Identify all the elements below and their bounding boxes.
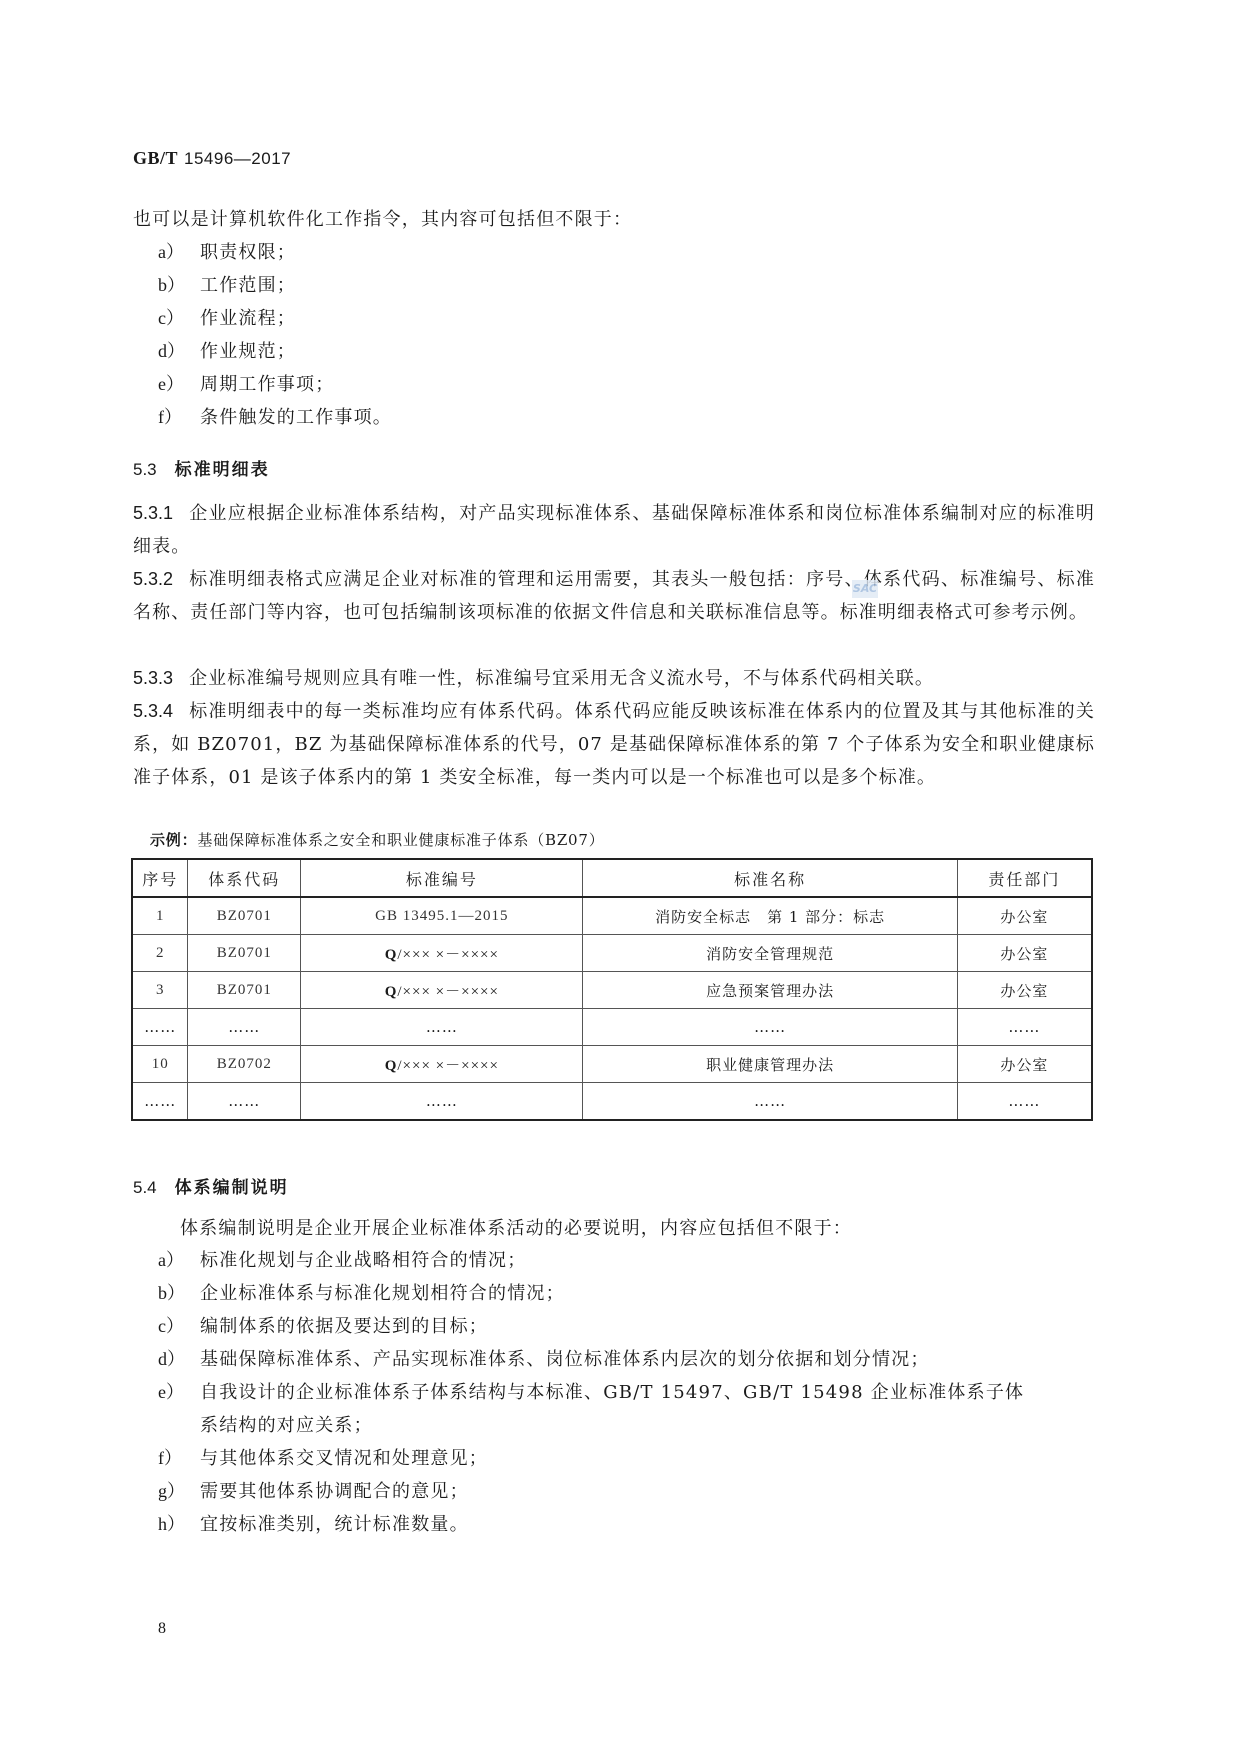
list-text: 需要其他体系协调配合的意见；	[200, 1481, 469, 1502]
intro-list-item: f）条件触发的工作事项。	[158, 401, 392, 434]
list-marker: c）	[158, 302, 200, 335]
list-text: 编制体系的依据及要达到的目标；	[200, 1316, 488, 1337]
cell-dept: 办公室	[957, 972, 1092, 1009]
list-text: 基础保障标准体系、产品实现标准体系、岗位标准体系内层次的划分依据和划分情况；	[200, 1349, 930, 1370]
cell-dept: 办公室	[957, 935, 1092, 972]
cell-seq: ……	[132, 1009, 188, 1046]
document-page: GB/T15496—2017 也可以是计算机软件化工作指令，其内容可包括但不限于…	[0, 0, 1241, 1754]
standard-prefix: GB/T	[133, 148, 178, 168]
list-marker: d）	[158, 1343, 200, 1376]
standard-header: GB/T15496—2017	[133, 148, 291, 169]
list-marker: g）	[158, 1475, 200, 1508]
cell-std-no: Q/××× ×－××××	[301, 1046, 583, 1083]
cell-std-no: GB 13495.1—2015	[301, 897, 583, 935]
cell-code: BZ0701	[188, 972, 301, 1009]
cell-name: 应急预案管理办法	[583, 972, 957, 1009]
clause-number: 5.3.2	[133, 569, 173, 589]
list-text: 标准化规划与企业战略相符合的情况；	[200, 1250, 526, 1271]
std-no-text: /××× ×－××××	[397, 984, 499, 1000]
cell-code: BZ0702	[188, 1046, 301, 1083]
section-number: 5.3	[133, 460, 157, 479]
intro-list-item: b）工作范围；	[158, 269, 296, 302]
clause-number: 5.3.4	[133, 701, 173, 721]
table-row-ellipsis: …… …… …… …… ……	[132, 1083, 1092, 1121]
cell-name: 消防安全标志 第 1 部分：标志	[583, 897, 957, 935]
cell-code: ……	[188, 1009, 301, 1046]
list-text: 与其他体系交叉情况和处理意见；	[200, 1448, 488, 1469]
section-5-4-list-item-continuation: 系结构的对应关系；	[200, 1409, 373, 1442]
list-marker: h）	[158, 1508, 200, 1541]
list-marker: a）	[158, 236, 200, 269]
section-5-4-list-item: f）与其他体系交叉情况和处理意见；	[158, 1442, 488, 1475]
clause-text: 标准明细表中的每一类标准均应有体系代码。体系代码应能反映该标准在体系内的位置及其…	[133, 701, 1095, 788]
list-marker: b）	[158, 269, 200, 302]
table-row-ellipsis: …… …… …… …… ……	[132, 1009, 1092, 1046]
standards-detail-table: 序号 体系代码 标准编号 标准名称 责任部门 1 BZ0701 GB 13495…	[131, 858, 1093, 1121]
list-marker: f）	[158, 1442, 200, 1475]
list-text: 系结构的对应关系；	[200, 1415, 373, 1436]
cell-name: ……	[583, 1009, 957, 1046]
std-no-text: /××× ×－××××	[397, 1058, 499, 1074]
clause-text: 企业标准编号规则应具有唯一性，标准编号宜采用无含义流水号，不与体系代码相关联。	[189, 668, 934, 689]
section-5-4-list-item: g）需要其他体系协调配合的意见；	[158, 1475, 469, 1508]
clause-5-3-3: 5.3.3企业标准编号规则应具有唯一性，标准编号宜采用无含义流水号，不与体系代码…	[133, 662, 1095, 695]
cell-dept: 办公室	[957, 1046, 1092, 1083]
table-row: 10 BZ0702 Q/××× ×－×××× 职业健康管理办法 办公室	[132, 1046, 1092, 1083]
clause-5-3-2: 5.3.2标准明细表格式应满足企业对标准的管理和运用需要，其表头一般包括：序号、…	[133, 563, 1095, 629]
section-5-4-list-item: d）基础保障标准体系、产品实现标准体系、岗位标准体系内层次的划分依据和划分情况；	[158, 1343, 930, 1376]
intro-list-item: c）作业流程；	[158, 302, 296, 335]
column-header-code: 体系代码	[188, 859, 301, 897]
section-heading-5-3: 5.3标准明细表	[133, 455, 270, 480]
list-text: 作业流程；	[200, 308, 296, 329]
intro-text: 也可以是计算机软件化工作指令，其内容可包括但不限于：	[133, 210, 632, 230]
section-5-4-list-item: c）编制体系的依据及要达到的目标；	[158, 1310, 488, 1343]
section-5-4-list-item: b）企业标准体系与标准化规划相符合的情况；	[158, 1277, 565, 1310]
example-caption: 示例：基础保障标准体系之安全和职业健康标准子体系（BZ07）	[150, 829, 605, 850]
cell-seq: ……	[132, 1083, 188, 1121]
cell-std-no: Q/××× ×－××××	[301, 972, 583, 1009]
cell-seq: 2	[132, 935, 188, 972]
section-title: 标准明细表	[175, 460, 270, 480]
list-text: 宜按标准类别，统计标准数量。	[200, 1514, 469, 1535]
section-heading-5-4: 5.4体系编制说明	[133, 1173, 289, 1198]
column-header-dept: 责任部门	[957, 859, 1092, 897]
std-no-prefix: Q	[385, 1058, 398, 1074]
list-text: 企业标准体系与标准化规划相符合的情况；	[200, 1283, 565, 1304]
clause-5-3-1: 5.3.1企业应根据企业标准体系结构，对产品实现标准体系、基础保障标准体系和岗位…	[133, 497, 1095, 563]
list-marker: e）	[158, 1376, 200, 1409]
list-text: 职责权限；	[200, 242, 296, 263]
list-text: 作业规范；	[200, 341, 296, 362]
list-marker: c）	[158, 1310, 200, 1343]
list-marker: d）	[158, 335, 200, 368]
column-header-std-no: 标准编号	[301, 859, 583, 897]
clause-number: 5.3.3	[133, 668, 173, 688]
table-header-row: 序号 体系代码 标准编号 标准名称 责任部门	[132, 859, 1092, 897]
column-header-seq: 序号	[132, 859, 188, 897]
cell-code: BZ0701	[188, 935, 301, 972]
list-marker: b）	[158, 1277, 200, 1310]
clause-text: 企业应根据企业标准体系结构，对产品实现标准体系、基础保障标准体系和岗位标准体系编…	[133, 503, 1095, 557]
intro-list-item: a）职责权限；	[158, 236, 296, 269]
cell-dept: ……	[957, 1083, 1092, 1121]
cell-code: BZ0701	[188, 897, 301, 935]
section-5-4-intro: 体系编制说明是企业开展企业标准体系活动的必要说明，内容应包括但不限于：	[180, 1219, 852, 1239]
clause-5-3-4: 5.3.4标准明细表中的每一类标准均应有体系代码。体系代码应能反映该标准在体系内…	[133, 695, 1095, 794]
sac-watermark: SAC	[852, 580, 878, 598]
list-marker: f）	[158, 401, 200, 434]
section-number: 5.4	[133, 1178, 157, 1197]
list-text: 条件触发的工作事项。	[200, 407, 392, 428]
list-text: 周期工作事项；	[200, 374, 334, 395]
std-no-prefix: Q	[385, 947, 398, 963]
cell-std-no: ……	[301, 1083, 583, 1121]
intro-list-item: d）作业规范；	[158, 335, 296, 368]
section-5-4-list-item: e）自我设计的企业标准体系子体系结构与本标准、GB/T 15497、GB/T 1…	[158, 1376, 1024, 1409]
list-marker: e）	[158, 368, 200, 401]
cell-seq: 10	[132, 1046, 188, 1083]
list-text: 工作范围；	[200, 275, 296, 296]
example-caption-text: 基础保障标准体系之安全和职业健康标准子体系（BZ07）	[197, 831, 604, 849]
cell-code: ……	[188, 1083, 301, 1121]
example-label: 示例：	[150, 831, 197, 849]
cell-dept: ……	[957, 1009, 1092, 1046]
table-row: 3 BZ0701 Q/××× ×－×××× 应急预案管理办法 办公室	[132, 972, 1092, 1009]
cell-seq: 1	[132, 897, 188, 935]
std-no-text: GB 13495.1—2015	[375, 908, 508, 924]
clause-number: 5.3.1	[133, 503, 173, 523]
cell-std-no: Q/××× ×－××××	[301, 935, 583, 972]
clause-text: 标准明细表格式应满足企业对标准的管理和运用需要，其表头一般包括：序号、体系代码、…	[133, 569, 1095, 623]
cell-name: ……	[583, 1083, 957, 1121]
table-row: 1 BZ0701 GB 13495.1—2015 消防安全标志 第 1 部分：标…	[132, 897, 1092, 935]
page-number: 8	[158, 1620, 166, 1638]
section-5-4-list-item: h）宜按标准类别，统计标准数量。	[158, 1508, 469, 1541]
cell-name: 职业健康管理办法	[583, 1046, 957, 1083]
list-marker: a）	[158, 1244, 200, 1277]
std-no-prefix: Q	[385, 984, 398, 1000]
list-text: 自我设计的企业标准体系子体系结构与本标准、GB/T 15497、GB/T 154…	[200, 1382, 1024, 1403]
cell-dept: 办公室	[957, 897, 1092, 935]
section-title: 体系编制说明	[175, 1178, 289, 1198]
table-row: 2 BZ0701 Q/××× ×－×××× 消防安全管理规范 办公室	[132, 935, 1092, 972]
cell-name: 消防安全管理规范	[583, 935, 957, 972]
standard-number: 15496—2017	[184, 149, 291, 168]
intro-list-item: e）周期工作事项；	[158, 368, 334, 401]
column-header-name: 标准名称	[583, 859, 957, 897]
cell-std-no: ……	[301, 1009, 583, 1046]
section-5-4-list-item: a）标准化规划与企业战略相符合的情况；	[158, 1244, 526, 1277]
cell-seq: 3	[132, 972, 188, 1009]
std-no-text: /××× ×－××××	[397, 947, 499, 963]
